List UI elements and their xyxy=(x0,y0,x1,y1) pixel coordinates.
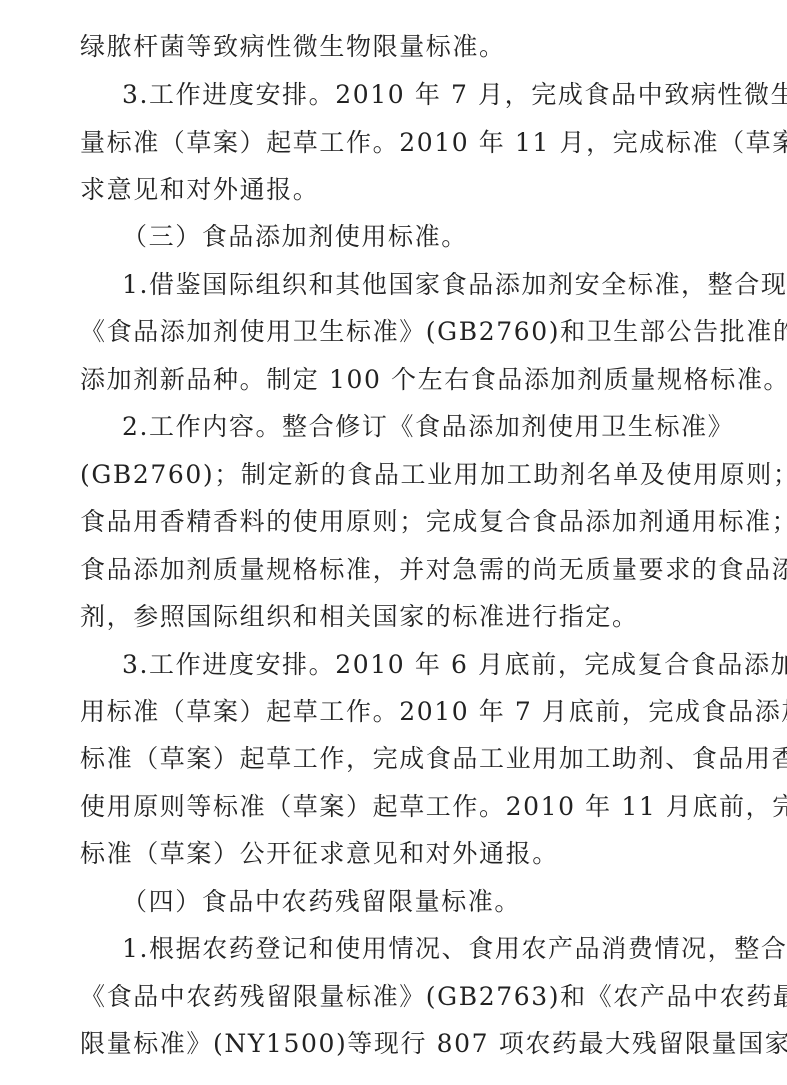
text-line: 剂，参照国际组织和相关国家的标准进行指定。 xyxy=(80,602,728,632)
text-line: 1.根据农药登记和使用情况、食用农产品消费情况，整合修订 xyxy=(122,934,728,964)
document-page: 绿脓杆菌等致病性微生物限量标准。 3.工作进度安排。2010 年 7 月，完成食… xyxy=(0,0,787,1085)
text-line: 用标准（草案）起草工作。2010 年 7 月底前，完成食品添加剂使用 xyxy=(80,697,728,727)
section-heading: （四）食品中农药残留限量标准。 xyxy=(122,887,728,917)
text-line: 3.工作进度安排。2010 年 6 月底前，完成复合食品添加剂通 xyxy=(122,650,728,680)
text-line: (GB2760)；制定新的食品工业用加工助剂名单及使用原则；制定 xyxy=(80,460,728,490)
text-line: 《食品中农药残留限量标准》(GB2763)和《农产品中农药最大残留 xyxy=(80,982,728,1012)
text-line: 绿脓杆菌等致病性微生物限量标准。 xyxy=(80,32,728,62)
text-line: 添加剂新品种。制定 100 个左右食品添加剂质量规格标准。 xyxy=(80,365,728,395)
text-line: 标准（草案）公开征求意见和对外通报。 xyxy=(80,839,728,869)
text-line: 限量标准》(NY1500)等现行 807 项农药最大残留限量国家标准、 xyxy=(80,1029,728,1059)
text-line: 食品添加剂质量规格标准，并对急需的尚无质量要求的食品添加 xyxy=(80,555,728,585)
text-line: 2.工作内容。整合修订《食品添加剂使用卫生标准》 xyxy=(122,412,728,442)
section-heading: （三）食品添加剂使用标准。 xyxy=(122,222,728,252)
text-line: 食品用香精香料的使用原则；完成复合食品添加剂通用标准；制定 xyxy=(80,507,728,537)
text-line: 量标准（草案）起草工作。2010 年 11 月，完成标准（草案）公开征 xyxy=(80,128,728,158)
text-line: 3.工作进度安排。2010 年 7 月，完成食品中致病性微生物限 xyxy=(122,80,728,110)
text-line: 求意见和对外通报。 xyxy=(80,175,728,205)
text-line: 标准（草案）起草工作，完成食品工业用加工助剂、食品用香精香料 xyxy=(80,744,728,774)
text-line: 《食品添加剂使用卫生标准》(GB2760)和卫生部公告批准的食品 xyxy=(80,317,728,347)
text-line: 使用原则等标准（草案）起草工作。2010 年 11 月底前，完成上述 xyxy=(80,792,728,822)
text-line: 1.借鉴国际组织和其他国家食品添加剂安全标准，整合现行 xyxy=(122,270,728,300)
